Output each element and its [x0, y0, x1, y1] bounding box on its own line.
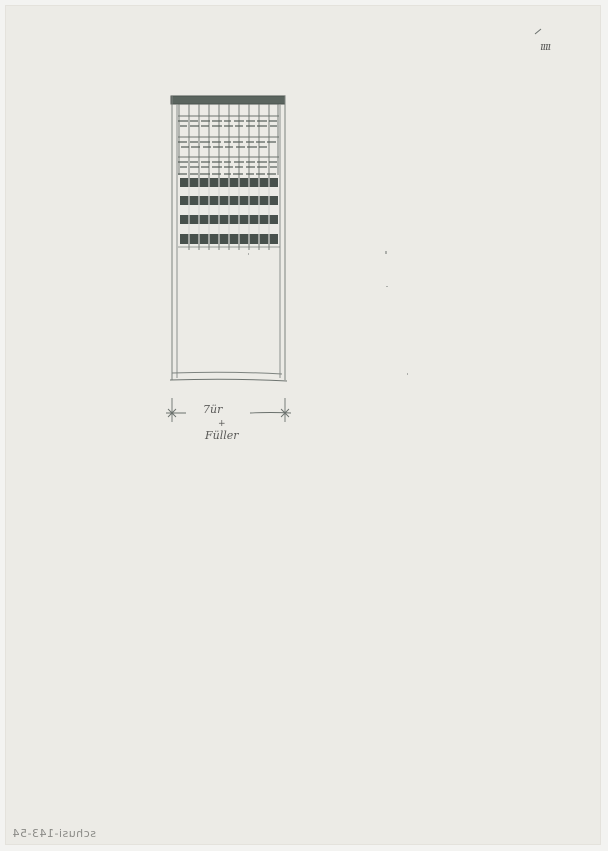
plus-sign: +	[218, 419, 226, 429]
corner-annotation: ıııı	[540, 40, 550, 53]
inventory-number: schusi-143-54	[12, 827, 96, 840]
spandrel-bands	[178, 121, 277, 174]
stray-marks	[248, 29, 541, 374]
dimension-label: 7ür	[203, 403, 222, 416]
dimension-line	[166, 398, 291, 422]
facade-sketch	[0, 0, 608, 851]
second-label: Füller	[205, 429, 239, 442]
